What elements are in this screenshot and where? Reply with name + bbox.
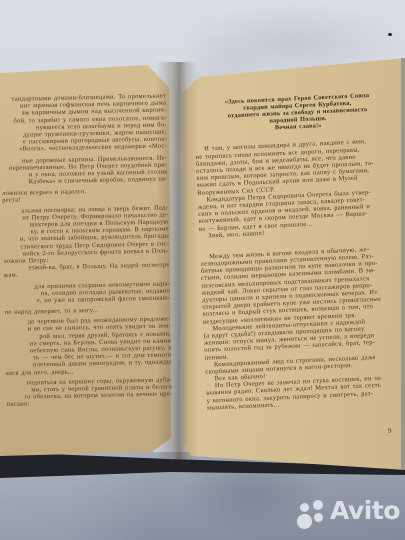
logo-circle [297,514,312,529]
text-line: по народ доверяет, то я могу... [4,307,98,316]
dust-speck [388,33,392,36]
avito-wordmark: Avito [330,496,400,525]
text-line: аяся для него, дверь... [6,368,74,377]
listing-photo-open-book: тандартными домами-близнецами. То промел… [0,0,405,540]
page-number: 9 [388,427,392,435]
text-line: писано: [6,401,29,409]
text-line: реста! [2,197,21,205]
logo-circle [314,513,323,522]
avito-watermark: Avito [297,496,399,534]
logo-circle [300,503,309,512]
text-line: е, но уже на запорожский фасон смахиваю- [37,294,171,304]
text-line: Казбека» и спичечный коробок, подвинул п… [29,176,168,186]
text-line: плетенный диким виноградом, и ту, однажд… [33,359,172,369]
left-page-text: тандартными домами-близнецами. То промел… [0,93,173,409]
epitaph-block: «Здесь покоится прах Героя Советского Со… [201,91,394,135]
avito-logo-icon [297,500,329,531]
text-line: жам. [4,272,18,279]
logo-circle [313,500,323,510]
text-line: езжай-ка, брат, в Польшу. На людей посмо… [29,262,170,272]
body-text: И там, у могилы командира и друга, наеди… [195,137,405,412]
right-page-text: «Здесь покоится прах Героя Советского Со… [193,91,405,412]
text-line: ложился всерьез и надолго. [2,188,86,197]
